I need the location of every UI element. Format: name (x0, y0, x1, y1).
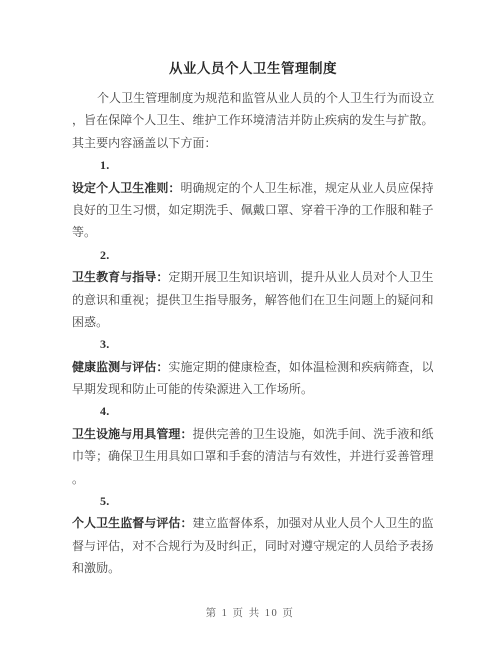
intro-line-3: 其主要内容涵盖以下方面： (72, 132, 434, 154)
intro-line-2: ，旨在保障个人卫生、维护工作环境清洁并防止疾病的发生与扩散。 (72, 109, 434, 131)
list-number-5: 5. (72, 490, 434, 512)
section-5-line-1: 个人卫生监督与评估：建立监督体系，加强对从业人员个人卫生的监 (72, 512, 434, 534)
section-4-line-2: 巾等；确保卫生用具如口罩和手套的清洁与有效性，并进行妥善管理 (72, 445, 434, 467)
list-number-4: 4. (72, 400, 434, 422)
section-1-label: 设定个人卫生准则： (72, 181, 180, 195)
document-page: 从业人员个人卫生管理制度 个人卫生管理制度为规范和监管从业人员的个人卫生行为而设… (0, 0, 500, 647)
list-number-1: 1. (72, 154, 434, 176)
intro-line-1: 个人卫生管理制度为规范和监管从业人员的个人卫生行为而设立 (72, 87, 434, 109)
document-content: 从业人员个人卫生管理制度 个人卫生管理制度为规范和监管从业人员的个人卫生行为而设… (0, 0, 500, 580)
list-number-3: 3. (72, 333, 434, 355)
section-2-text: 定期开展卫生知识培训，提升从业人员对个人卫生 (168, 270, 433, 284)
section-5-label: 个人卫生监督与评估： (72, 516, 193, 530)
section-2-line-3: 困惑。 (72, 311, 434, 333)
section-1-line-1: 设定个人卫生准则：明确规定的个人卫生标准，规定从业人员应保持 (72, 177, 434, 199)
section-3-label: 健康监测与评估： (72, 360, 168, 374)
list-number-2: 2. (72, 244, 434, 266)
section-2-line-1: 卫生教育与指导：定期开展卫生知识培训，提升从业人员对个人卫生 (72, 266, 434, 288)
section-3-line-1: 健康监测与评估：实施定期的健康检查，如体温检测和疾病筛查，以 (72, 356, 434, 378)
section-4-text: 提供完善的卫生设施，如洗手间、洗手液和纸 (193, 427, 434, 441)
page-number-footer: 第 1 页 共 10 页 (0, 605, 500, 620)
section-1-text: 明确规定的个人卫生标准，规定从业人员应保持 (180, 181, 433, 195)
section-3-text: 实施定期的健康检查，如体温检测和疾病筛查，以 (168, 360, 433, 374)
section-2-label: 卫生教育与指导： (72, 270, 168, 284)
section-5-line-2: 督与评估，对不合规行为及时纠正，同时对遵守规定的人员给予表扬 (72, 535, 434, 557)
section-5-text: 建立监督体系，加强对从业人员个人卫生的监 (193, 516, 434, 530)
section-3-line-2: 早期发现和防止可能的传染源进入工作场所。 (72, 378, 434, 400)
section-4-line-1: 卫生设施与用具管理：提供完善的卫生设施，如洗手间、洗手液和纸 (72, 423, 434, 445)
section-1-line-2: 良好的卫生习惯，如定期洗手、佩戴口罩、穿着干净的工作服和鞋子 (72, 199, 434, 221)
intro-paragraph: 个人卫生管理制度为规范和监管从业人员的个人卫生行为而设立 ，旨在保障个人卫生、维… (72, 87, 434, 154)
section-2-line-2: 的意识和重视；提供卫生指导服务，解答他们在卫生问题上的疑问和 (72, 289, 434, 311)
section-1-line-3: 等。 (72, 221, 434, 243)
section-4-label: 卫生设施与用具管理： (72, 427, 193, 441)
section-4-line-3: 。 (72, 468, 434, 490)
section-5-line-3: 和激励。 (72, 557, 434, 579)
document-title: 从业人员个人卫生管理制度 (72, 59, 434, 78)
